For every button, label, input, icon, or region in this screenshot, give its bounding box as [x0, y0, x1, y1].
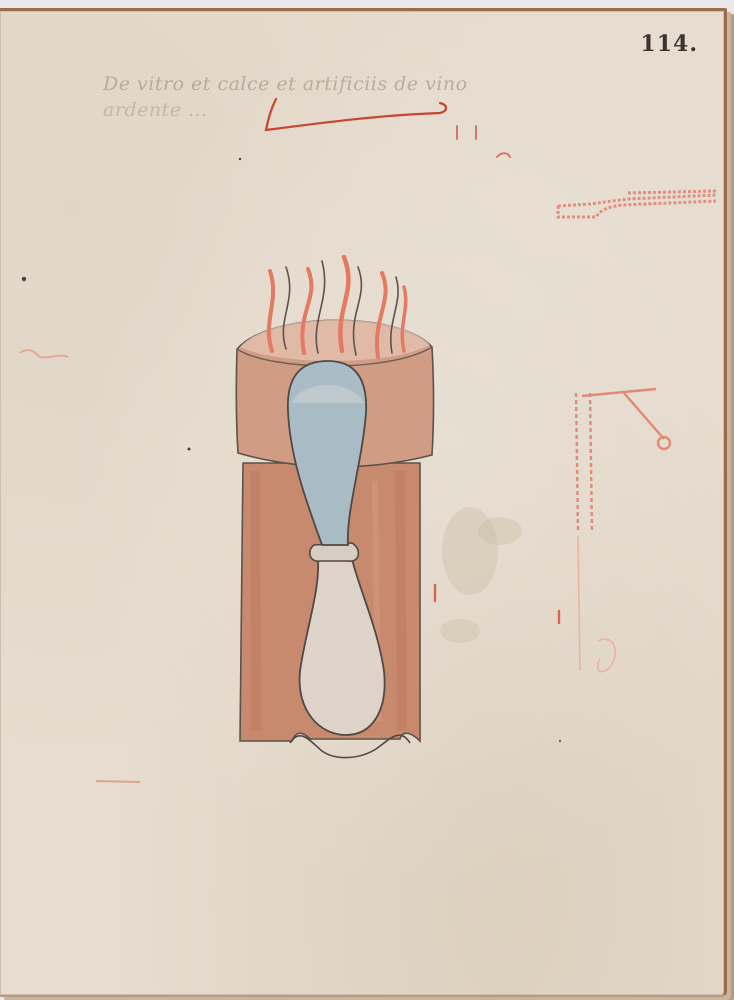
red-offset-tracing-right-frame — [576, 389, 670, 672]
red-dash-lower-left — [96, 781, 140, 782]
manuscript-page: 114. De vitro et calce et artificiis de … — [0, 8, 727, 997]
water-stains — [440, 507, 522, 643]
red-mark-left-margin — [20, 350, 68, 357]
red-ticks — [457, 126, 510, 157]
red-offset-tracing-top-right — [558, 191, 716, 217]
red-bracket-underline — [266, 99, 446, 130]
red-specks — [435, 585, 559, 623]
illustration-layer — [0, 11, 724, 995]
alembic-furnace-illustration — [236, 257, 433, 758]
